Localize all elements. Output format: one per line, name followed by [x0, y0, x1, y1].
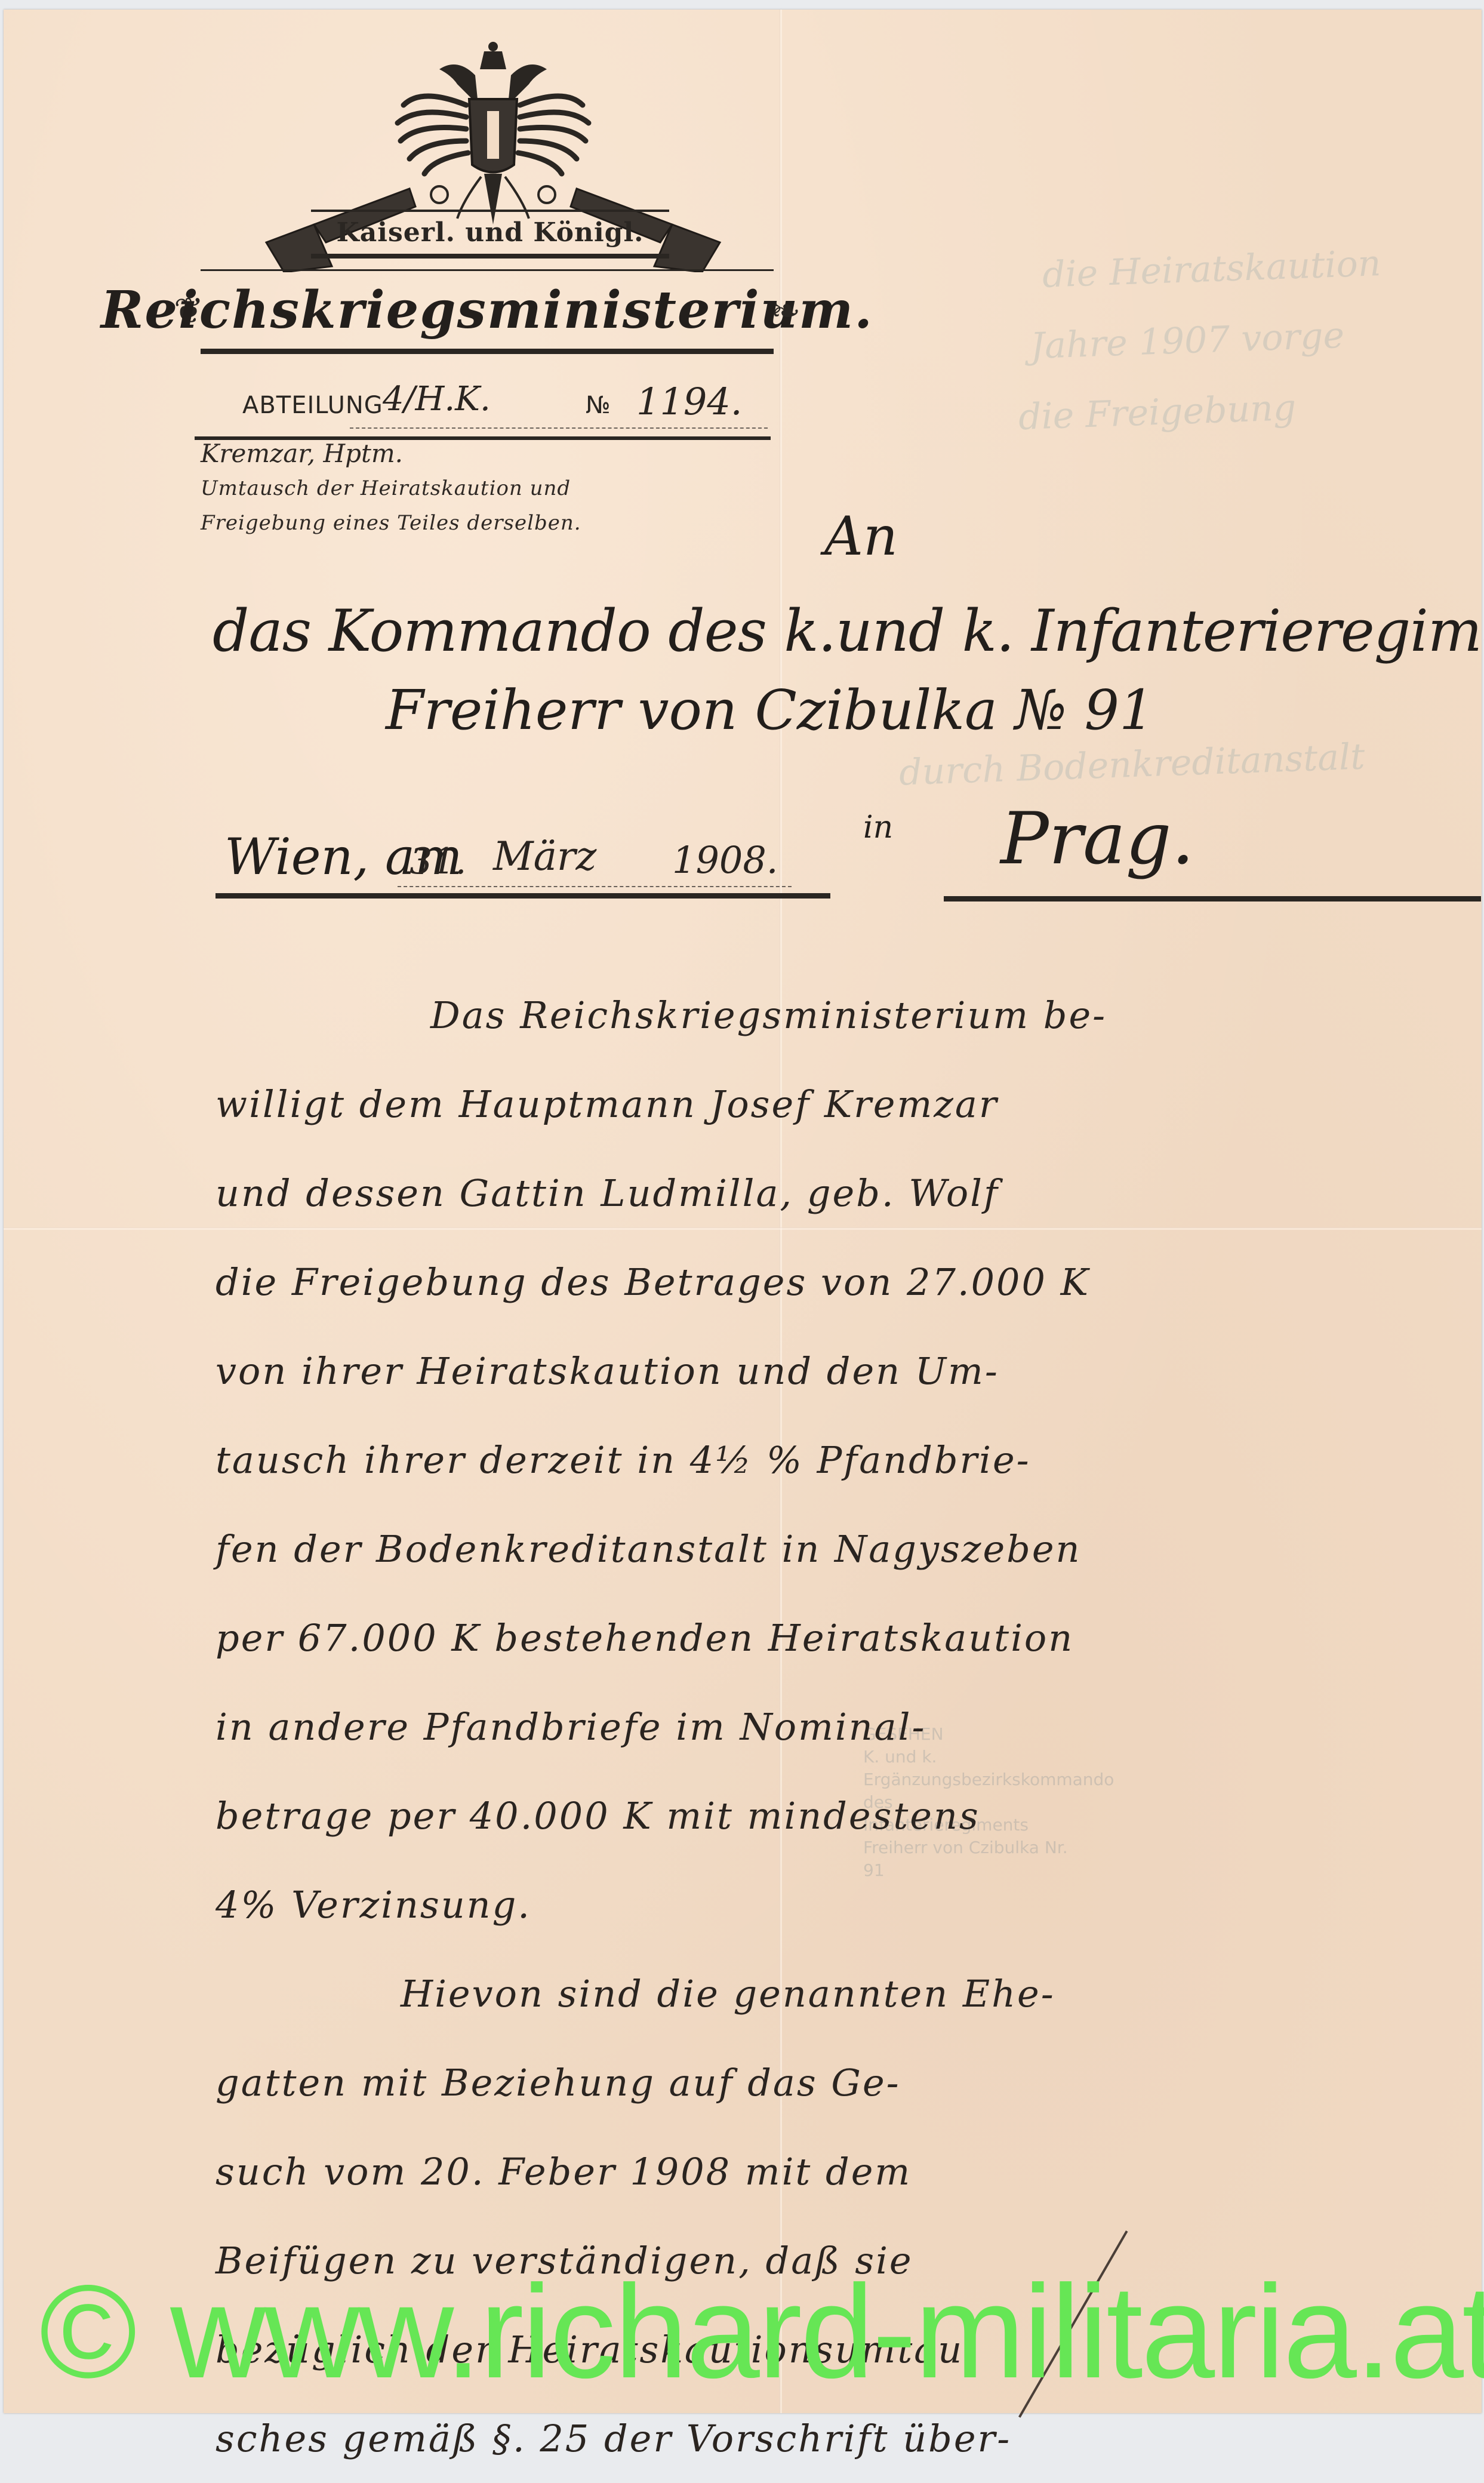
- bleed-through-text: Jahre 1907 vorge: [1030, 315, 1345, 367]
- destination-city: Prag.: [1000, 798, 1194, 881]
- document-sheet: die Heiratskaution Jahre 1907 vorge die …: [4, 10, 1482, 2413]
- letterhead-title-banner: Reichskriegsministerium.: [201, 269, 774, 354]
- date-rule: [215, 893, 830, 899]
- body-line: gatten mit Beziehung auf das Ge-: [215, 2038, 1362, 2127]
- body-line: Das Reichskriegsministerium be-: [215, 971, 1362, 1060]
- letterhead-subtitle-banner: Kaiserl. und Königl.: [311, 198, 669, 257]
- subject-line: Freigebung eines Teiles derselben.: [201, 506, 774, 540]
- body-line: tausch ihrer derzeit in 4½ % Pfandbrie-: [215, 1416, 1362, 1504]
- date-day: 31.: [410, 841, 466, 882]
- bleed-through-text: durch Bodenkreditanstalt: [898, 736, 1365, 793]
- body-line: von ihrer Heiratskaution und den Um-: [215, 1327, 1362, 1416]
- body-line: in andere Pfandbriefe im Nominal-: [215, 1682, 1362, 1771]
- dateline: Wien, am 31. März 1908.: [213, 810, 821, 917]
- subject-note: Kremzar, Hptm. Umtausch der Heiratskauti…: [201, 436, 774, 540]
- body-line: per 67.000 K bestehenden Heiratskaution: [215, 1593, 1362, 1682]
- dotted-fill-line: [398, 886, 792, 887]
- number-value: 1194.: [636, 380, 743, 423]
- department-reference-row: ABTEILUNG 4/H.K. № 1194.: [183, 380, 780, 421]
- department-label: ABTEILUNG: [242, 392, 383, 419]
- letterhead-subtitle: Kaiserl. und Königl.: [337, 217, 644, 248]
- letter-body: Das Reichskriegsministerium be- willigt …: [215, 971, 1362, 2417]
- date-year: 1908.: [672, 838, 778, 882]
- body-line: willigt dem Hauptmann Josef Kremzar: [215, 1060, 1362, 1149]
- bleed-through-text: die Heiratskaution: [1042, 242, 1382, 296]
- bleed-through-text: die Freigebung: [1018, 387, 1297, 438]
- addressee-an: An: [824, 505, 898, 568]
- subject-line: Kremzar, Hptm.: [201, 436, 774, 471]
- dotted-fill-line: [350, 427, 768, 429]
- body-line: 4% Verzinsung.: [215, 1860, 1362, 1949]
- body-line: fen der Bodenkreditanstalt in Nagyszeben: [215, 1504, 1362, 1593]
- body-line: Hievon sind die genannten Ehe-: [215, 1949, 1362, 2038]
- addressee-line: Freiherr von Czibulka № 91: [386, 678, 1154, 742]
- number-label: №: [586, 392, 611, 419]
- destination-rule: [944, 896, 1481, 901]
- copyright-watermark: © www.richard-militaria.at: [39, 2263, 1472, 2401]
- body-line: und dessen Gattin Ludmilla, geb. Wolf: [215, 1149, 1362, 1238]
- body-line: such vom 20. Feber 1908 mit dem: [215, 2127, 1362, 2216]
- body-line: die Freigebung des Betrages von 27.000 K: [215, 1238, 1362, 1327]
- destination-label: in: [863, 810, 893, 845]
- date-month: März: [493, 833, 596, 879]
- body-line: betrage per 40.000 K mit mindestens: [215, 1771, 1362, 1860]
- letterhead: Kaiserl. und Königl. ❦ Reichskriegsminis…: [183, 33, 792, 416]
- addressee-line: das Kommando des k.und k. Infanterieregi…: [213, 598, 1478, 664]
- flourish-ornament-icon: ❧: [771, 290, 801, 332]
- letterhead-title: Reichskriegsministerium.: [101, 280, 873, 340]
- subject-line: Umtausch der Heiratskaution und: [201, 471, 774, 506]
- department-value: 4/H.K.: [383, 380, 491, 419]
